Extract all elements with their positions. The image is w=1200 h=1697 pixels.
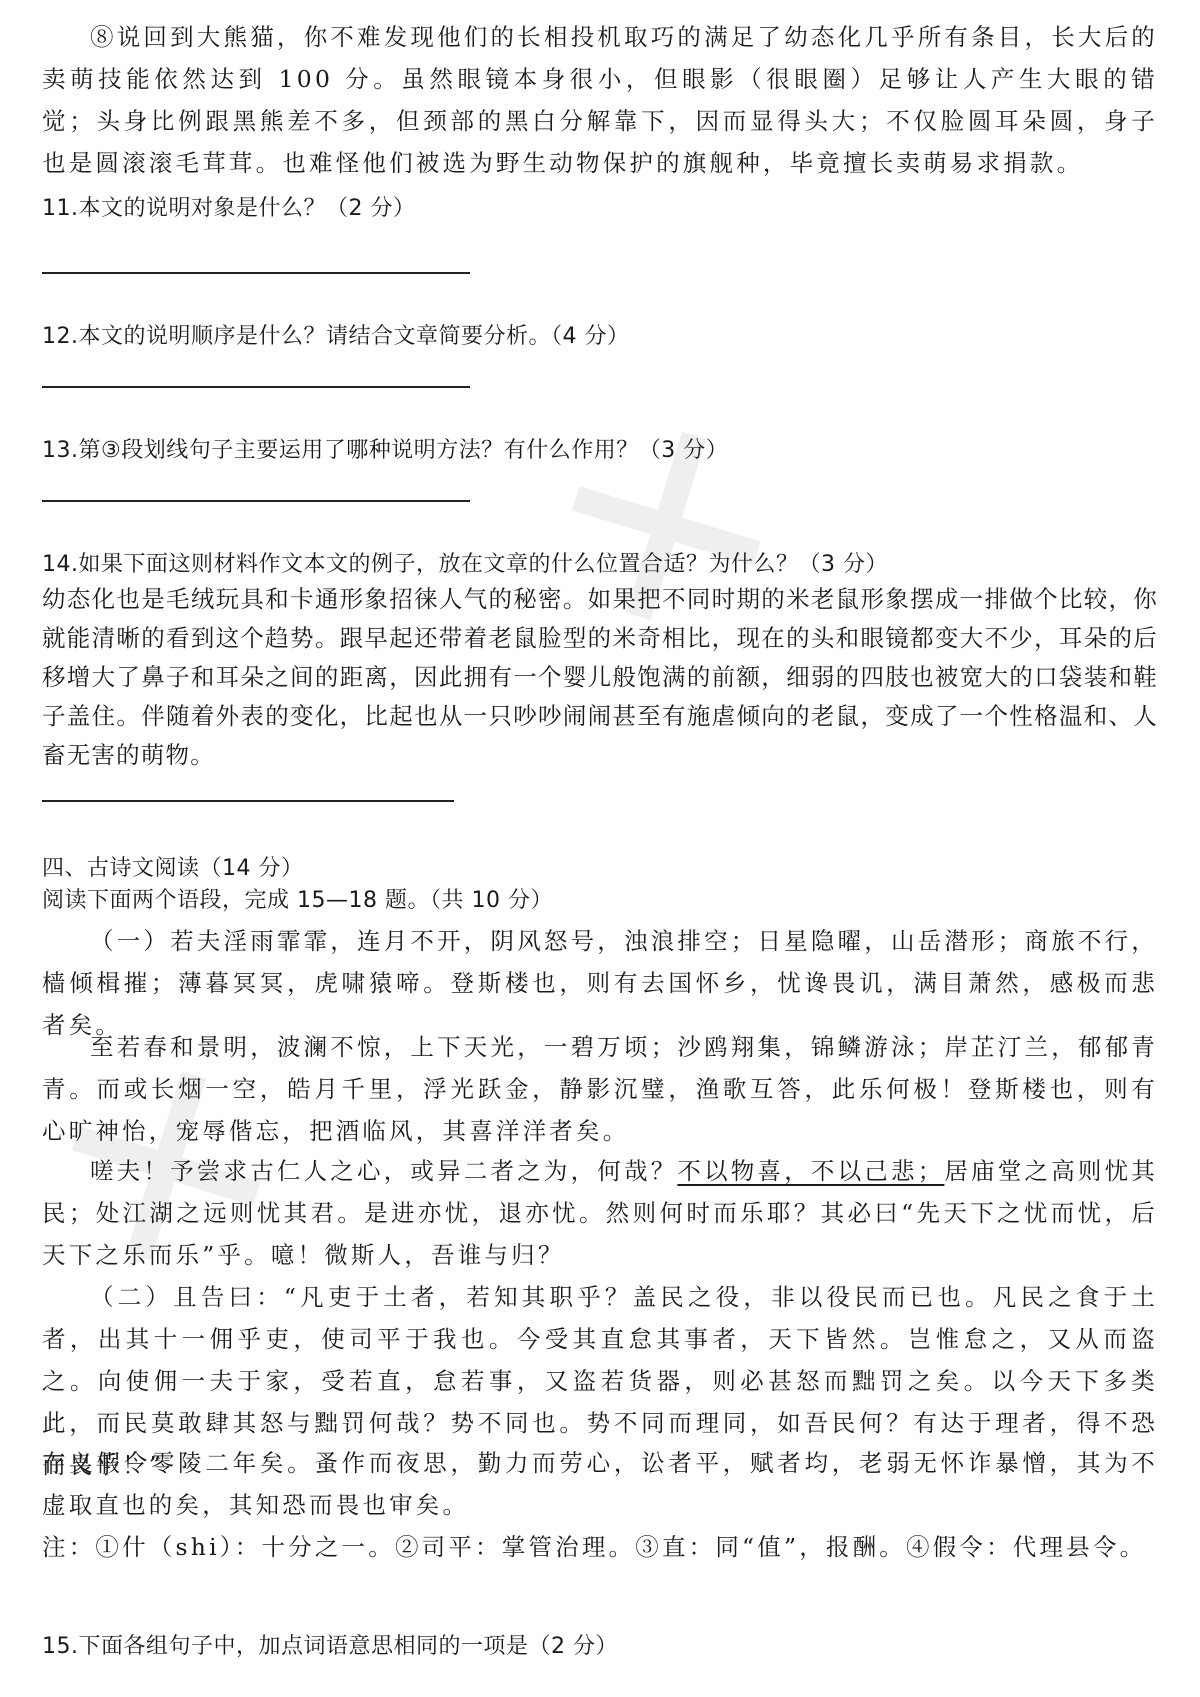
question-text: 下面各组句子中，加点词语意思相同的一项是（2 分） xyxy=(79,1634,619,1659)
answer-blank-14[interactable] xyxy=(42,800,454,802)
exam-page: ✕ ✕ ⑧说回到大熊猫，你不难发现他们的长相投机取巧的满足了幼态化几乎所有条目，… xyxy=(0,0,1200,1697)
answer-blank-12[interactable] xyxy=(42,386,470,388)
answer-blank-13[interactable] xyxy=(42,500,470,502)
question-text: 本文的说明顺序是什么？请结合文章简要分析。（4 分） xyxy=(79,324,630,349)
question-11: 11.本文的说明对象是什么？（2 分） xyxy=(42,194,416,224)
question-13: 13.第③段划线句子主要运用了哪种说明方法？有什么作用？（3 分） xyxy=(42,436,728,466)
question-number: 13. xyxy=(42,438,79,463)
question-12: 12.本文的说明顺序是什么？请结合文章简要分析。（4 分） xyxy=(42,322,630,352)
question-text: 如果下面这则材料作文本文的例子，放在文章的什么位置合适？为什么？（3 分） xyxy=(79,552,889,577)
section-instruction: 阅读下面两个语段，完成 15—18 题。（共 10 分） xyxy=(42,886,553,916)
question-text: 本文的说明对象是什么？（2 分） xyxy=(79,196,416,221)
question-number: 15. xyxy=(42,1634,79,1659)
passage-paragraph-8: ⑧说回到大熊猫，你不难发现他们的长相投机取巧的满足了幼态化几乎所有条目，长大后的… xyxy=(42,16,1158,184)
text-segment: 嗟夫！予尝求古仁人之心，或异二者之为，何哉？ xyxy=(90,1157,677,1185)
question-text: 第③段划线句子主要运用了哪种说明方法？有什么作用？（3 分） xyxy=(79,438,729,463)
question-15: 15.下面各组句子中，加点词语意思相同的一项是（2 分） xyxy=(42,1632,618,1662)
answer-blank-11[interactable] xyxy=(42,272,470,274)
question-number: 14. xyxy=(42,552,79,577)
question-14: 14.如果下面这则材料作文本文的例子，放在文章的什么位置合适？为什么？（3 分） xyxy=(42,550,888,580)
classical-text-1-p3: 嗟夫！予尝求古仁人之心，或异二者之为，何哉？不以物喜，不以己悲；居庙堂之高则忧其… xyxy=(42,1150,1158,1276)
q14-material: 幼态化也是毛绒玩具和卡通形象招徕人气的秘密。如果把不同时期的米老鼠形象摆成一排做… xyxy=(42,580,1158,775)
annotation-notes: 注：①什（shi）：十分之一。②司平：掌管治理。③直：同“值”，报酬。④假令：代… xyxy=(42,1526,1158,1568)
section-heading: 四、古诗文阅读（14 分） xyxy=(42,854,304,884)
classical-text-2-p2: 存义假令零陵二年矣。蚤作而夜思，勤力而劳心，讼者平，赋者均，老弱无怀诈暴憎，其为… xyxy=(42,1442,1158,1526)
underlined-sentence: 不以物喜，不以己悲； xyxy=(677,1157,944,1185)
question-number: 11. xyxy=(42,196,79,221)
question-number: 12. xyxy=(42,324,79,349)
classical-text-1-p2: 至若春和景明，波澜不惊，上下天光，一碧万顷；沙鸥翔集，锦鳞游泳；岸芷汀兰，郁郁青… xyxy=(42,1026,1158,1152)
